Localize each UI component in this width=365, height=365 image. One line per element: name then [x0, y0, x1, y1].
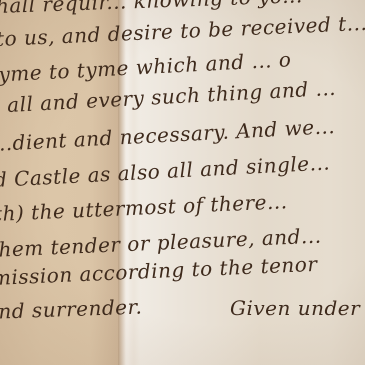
signature-line: Given under: [230, 296, 360, 320]
